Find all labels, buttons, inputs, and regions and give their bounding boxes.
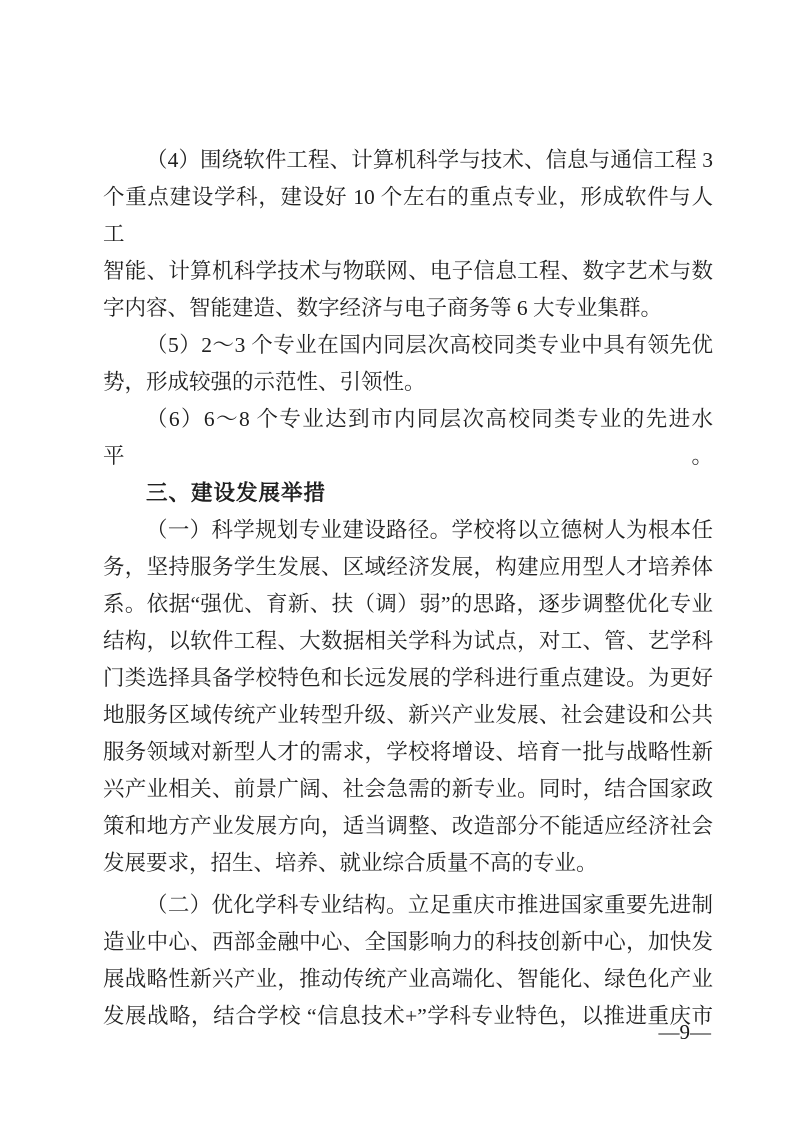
text-line: 系。依据“强优、育新、扶（调）弱”的思路，逐步调整优化专业 [103,586,713,623]
text-line: 造业中心、西部金融中心、全国影响力的科技创新中心，加快发 [103,924,713,961]
text-line: 展战略性新兴产业，推动传统产业高端化、智能化、绿色化产业 [103,961,713,998]
document-body: （4）围绕软件工程、计算机科学与技术、信息与通信工程 3个重点建设学科，建设好 … [103,142,713,1035]
text-line: （5）2～3 个专业在国内同层次高校同类专业中具有领先优 [103,327,713,364]
text-line: 字内容、智能建造、数字经济与电子商务等 6 大专业集群。 [103,290,713,327]
text-line: 结构，以软件工程、大数据相关学科为试点，对工、管、艺学科 [103,623,713,660]
text-line: 个重点建设学科，建设好 10 个左右的重点专业，形成软件与人工 [103,179,713,253]
document-page: （4）围绕软件工程、计算机科学与技术、信息与通信工程 3个重点建设学科，建设好 … [0,0,793,1122]
text-line: 发展战略，结合学校 “信息技术+”学科专业特色，以推进重庆市 [103,998,713,1035]
page-number: —9— [659,1019,712,1045]
text-line: 兴产业相关、前景广阔、社会急需的新专业。同时，结合国家政 [103,771,713,808]
text-line: 务，坚持服务学生发展、区域经济发展，构建应用型人才培养体 [103,549,713,586]
text-line: 地服务区域传统产业转型升级、新兴产业发展、社会建设和公共 [103,697,713,734]
text-line: （一）科学规划专业建设路径。学校将以立德树人为根本任 [103,512,713,549]
text-line: 势，形成较强的示范性、引领性。 [103,364,713,401]
text-line: 智能、计算机科学技术与物联网、电子信息工程、数字艺术与数 [103,253,713,290]
text-line: （4）围绕软件工程、计算机科学与技术、信息与通信工程 3 [103,142,713,179]
text-line: 服务领域对新型人才的需求，学校将增设、培育一批与战略性新 [103,734,713,771]
text-line: 策和地方产业发展方向，适当调整、改造部分不能适应经济社会 [103,808,713,845]
section-heading: 三、建设发展举措 [103,475,713,512]
text-line: 门类选择具备学校特色和长远发展的学科进行重点建设。为更好 [103,660,713,697]
text-line: 发展要求，招生、培养、就业综合质量不高的专业。 [103,845,713,882]
text-line: （二）优化学科专业结构。立足重庆市推进国家重要先进制 [103,887,713,924]
text-line: （6）6～8 个专业达到市内同层次高校同类专业的先进水平。 [103,401,713,475]
